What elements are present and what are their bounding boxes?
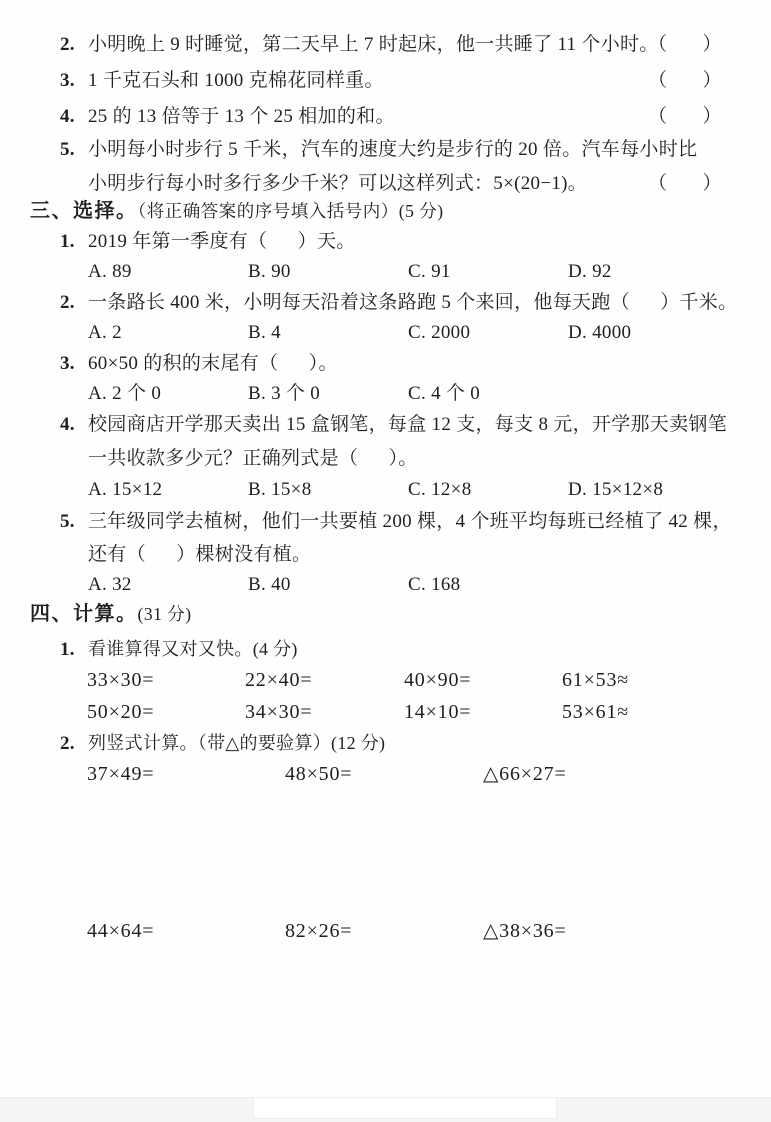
- math-expression: 37×49=: [87, 761, 154, 787]
- vertical-calc-row-1: 37×49= 48×50= △66×27=: [0, 761, 771, 787]
- option-a: A. 2 个 0: [88, 381, 161, 407]
- option-a: A. 15×12: [88, 477, 162, 503]
- option-c: C. 12×8: [408, 477, 472, 503]
- judge-question-4: 4.25 的 13 倍等于 13 个 25 相加的和。: [60, 104, 395, 130]
- question-number: 4.: [60, 104, 81, 130]
- section-title: 三、选择。: [30, 200, 138, 222]
- answer-bracket: （ ）: [648, 104, 723, 130]
- question-text: 还有（ ）棵树没有植。: [88, 544, 311, 565]
- question-number: 4.: [60, 412, 81, 438]
- answer-bracket: （ ）: [648, 171, 723, 197]
- subsection-title: 列竖式计算。（带△的要验算）(12 分): [88, 733, 385, 753]
- math-expression: 48×50=: [285, 761, 352, 787]
- option-d: D. 15×12×8: [568, 477, 663, 503]
- question-number: 3.: [60, 351, 81, 377]
- option-c: C. 91: [408, 259, 451, 285]
- option-a: A. 32: [88, 572, 132, 598]
- calc-section-header: 四、计算。(31 分): [30, 601, 192, 628]
- choice-3-options: A. 2 个 0 B. 3 个 0 C. 4 个 0: [0, 381, 771, 407]
- option-c: C. 4 个 0: [408, 381, 480, 407]
- judge-question-5-line1: 5.小明每小时步行 5 千米，汽车的速度大约是步行的 20 倍。汽车每小时比: [60, 137, 697, 163]
- subsection-title: 看谁算得又对又快。(4 分): [88, 639, 298, 659]
- question-number: 1.: [60, 229, 81, 255]
- answer-bracket: （ ）: [648, 68, 723, 94]
- oral-calc-header: 1.看谁算得又对又快。(4 分): [60, 636, 298, 663]
- choice-question-3: 3.60×50 的积的末尾有（ ）。: [60, 351, 338, 377]
- choice-1-options: A. 89 B. 90 C. 91 D. 92: [0, 259, 771, 285]
- question-number: 2.: [60, 290, 81, 316]
- option-c: C. 168: [408, 572, 460, 598]
- option-b: B. 40: [248, 572, 291, 598]
- math-expression: 44×64=: [87, 918, 154, 944]
- judge-question-3: 3.1 千克石头和 1000 克棉花同样重。: [60, 68, 384, 94]
- question-number: 2.: [60, 731, 81, 757]
- section-points: (31 分): [138, 604, 192, 624]
- question-text: 60×50 的积的末尾有（ ）。: [88, 353, 338, 374]
- question-text: 校园商店开学那天卖出 15 盒钢笔，每盒 12 支，每支 8 元，开学那天卖钢笔: [88, 414, 727, 435]
- choice-5-options: A. 32 B. 40 C. 168: [0, 572, 771, 598]
- question-text: 2019 年第一季度有（ ）天。: [88, 231, 356, 252]
- oral-calc-row-2: 50×20= 34×30= 14×10= 53×61≈: [0, 699, 771, 725]
- page-bottom-panel: [253, 1098, 557, 1119]
- vertical-calc-header: 2.列竖式计算。（带△的要验算）(12 分): [60, 730, 385, 757]
- math-expression: 22×40=: [245, 667, 312, 693]
- question-text: 1 千克石头和 1000 克棉花同样重。: [88, 70, 384, 91]
- option-d: D. 4000: [568, 320, 631, 346]
- choice-question-5-line1: 5.三年级同学去植树，他们一共要植 200 棵，4 个班平均每班已经植了 42 …: [60, 509, 732, 535]
- option-b: B. 15×8: [248, 477, 312, 503]
- choice-question-5-line2: 还有（ ）棵树没有植。: [88, 542, 311, 568]
- option-a: A. 89: [88, 259, 132, 285]
- math-expression: 50×20=: [87, 699, 154, 725]
- page-bottom-bar: [0, 1097, 771, 1122]
- question-text: 一条路长 400 米，小明每天沿着这条路跑 5 个来回，他每天跑（ ）千米。: [88, 292, 737, 313]
- question-number: 3.: [60, 68, 81, 94]
- question-text: 25 的 13 倍等于 13 个 25 相加的和。: [88, 106, 395, 127]
- option-c: C. 2000: [408, 320, 470, 346]
- choice-section-header: 三、选择。（将正确答案的序号填入括号内）(5 分): [30, 198, 444, 225]
- math-expression: 14×10=: [404, 699, 471, 725]
- math-expression: 40×90=: [404, 667, 471, 693]
- choice-4-options: A. 15×12 B. 15×8 C. 12×8 D. 15×12×8: [0, 477, 771, 503]
- question-text: 三年级同学去植树，他们一共要植 200 棵，4 个班平均每班已经植了 42 棵，: [88, 511, 732, 532]
- math-expression: 53×61≈: [562, 699, 629, 725]
- choice-question-1: 1.2019 年第一季度有（ ）天。: [60, 229, 356, 255]
- question-text: 小明每小时步行 5 千米，汽车的速度大约是步行的 20 倍。汽车每小时比: [88, 139, 697, 160]
- math-expression: 82×26=: [285, 918, 352, 944]
- choice-2-options: A. 2 B. 4 C. 2000 D. 4000: [0, 320, 771, 346]
- question-text: 一共收款多少元？正确列式是（ ）。: [88, 448, 418, 469]
- section-title: 四、计算。: [30, 603, 138, 625]
- oral-calc-row-1: 33×30= 22×40= 40×90= 61×53≈: [0, 667, 771, 693]
- answer-bracket: （ ）: [648, 32, 723, 58]
- option-b: B. 3 个 0: [248, 381, 320, 407]
- math-expression: △66×27=: [483, 761, 567, 787]
- worksheet-page: 2.小明晚上 9 时睡觉，第二天早上 7 时起床，他一共睡了 11 个小时。 （…: [0, 0, 771, 1122]
- math-expression: 34×30=: [245, 699, 312, 725]
- choice-question-4-line2: 一共收款多少元？正确列式是（ ）。: [88, 446, 418, 472]
- math-expression: 61×53≈: [562, 667, 629, 693]
- math-expression: △38×36=: [483, 918, 567, 944]
- judge-question-5-line2: 小明步行每小时多行多少千米？可以这样列式：5×(20−1)。: [88, 171, 587, 197]
- section-instruction: （将正确答案的序号填入括号内）(5 分): [138, 201, 444, 221]
- math-expression: 33×30=: [87, 667, 154, 693]
- choice-question-2: 2.一条路长 400 米，小明每天沿着这条路跑 5 个来回，他每天跑（ ）千米。: [60, 290, 737, 316]
- question-number: 1.: [60, 637, 81, 663]
- question-number: 5.: [60, 137, 81, 163]
- question-text: 小明晚上 9 时睡觉，第二天早上 7 时起床，他一共睡了 11 个小时。: [88, 34, 659, 55]
- question-text: 小明步行每小时多行多少千米？可以这样列式：5×(20−1)。: [88, 173, 587, 194]
- option-d: D. 92: [568, 259, 612, 285]
- vertical-calc-row-2: 44×64= 82×26= △38×36=: [0, 918, 771, 944]
- option-b: B. 90: [248, 259, 291, 285]
- option-a: A. 2: [88, 320, 122, 346]
- question-number: 5.: [60, 509, 81, 535]
- question-number: 2.: [60, 32, 81, 58]
- choice-question-4-line1: 4.校园商店开学那天卖出 15 盒钢笔，每盒 12 支，每支 8 元，开学那天卖…: [60, 412, 727, 438]
- option-b: B. 4: [248, 320, 281, 346]
- judge-question-2: 2.小明晚上 9 时睡觉，第二天早上 7 时起床，他一共睡了 11 个小时。: [60, 32, 659, 58]
